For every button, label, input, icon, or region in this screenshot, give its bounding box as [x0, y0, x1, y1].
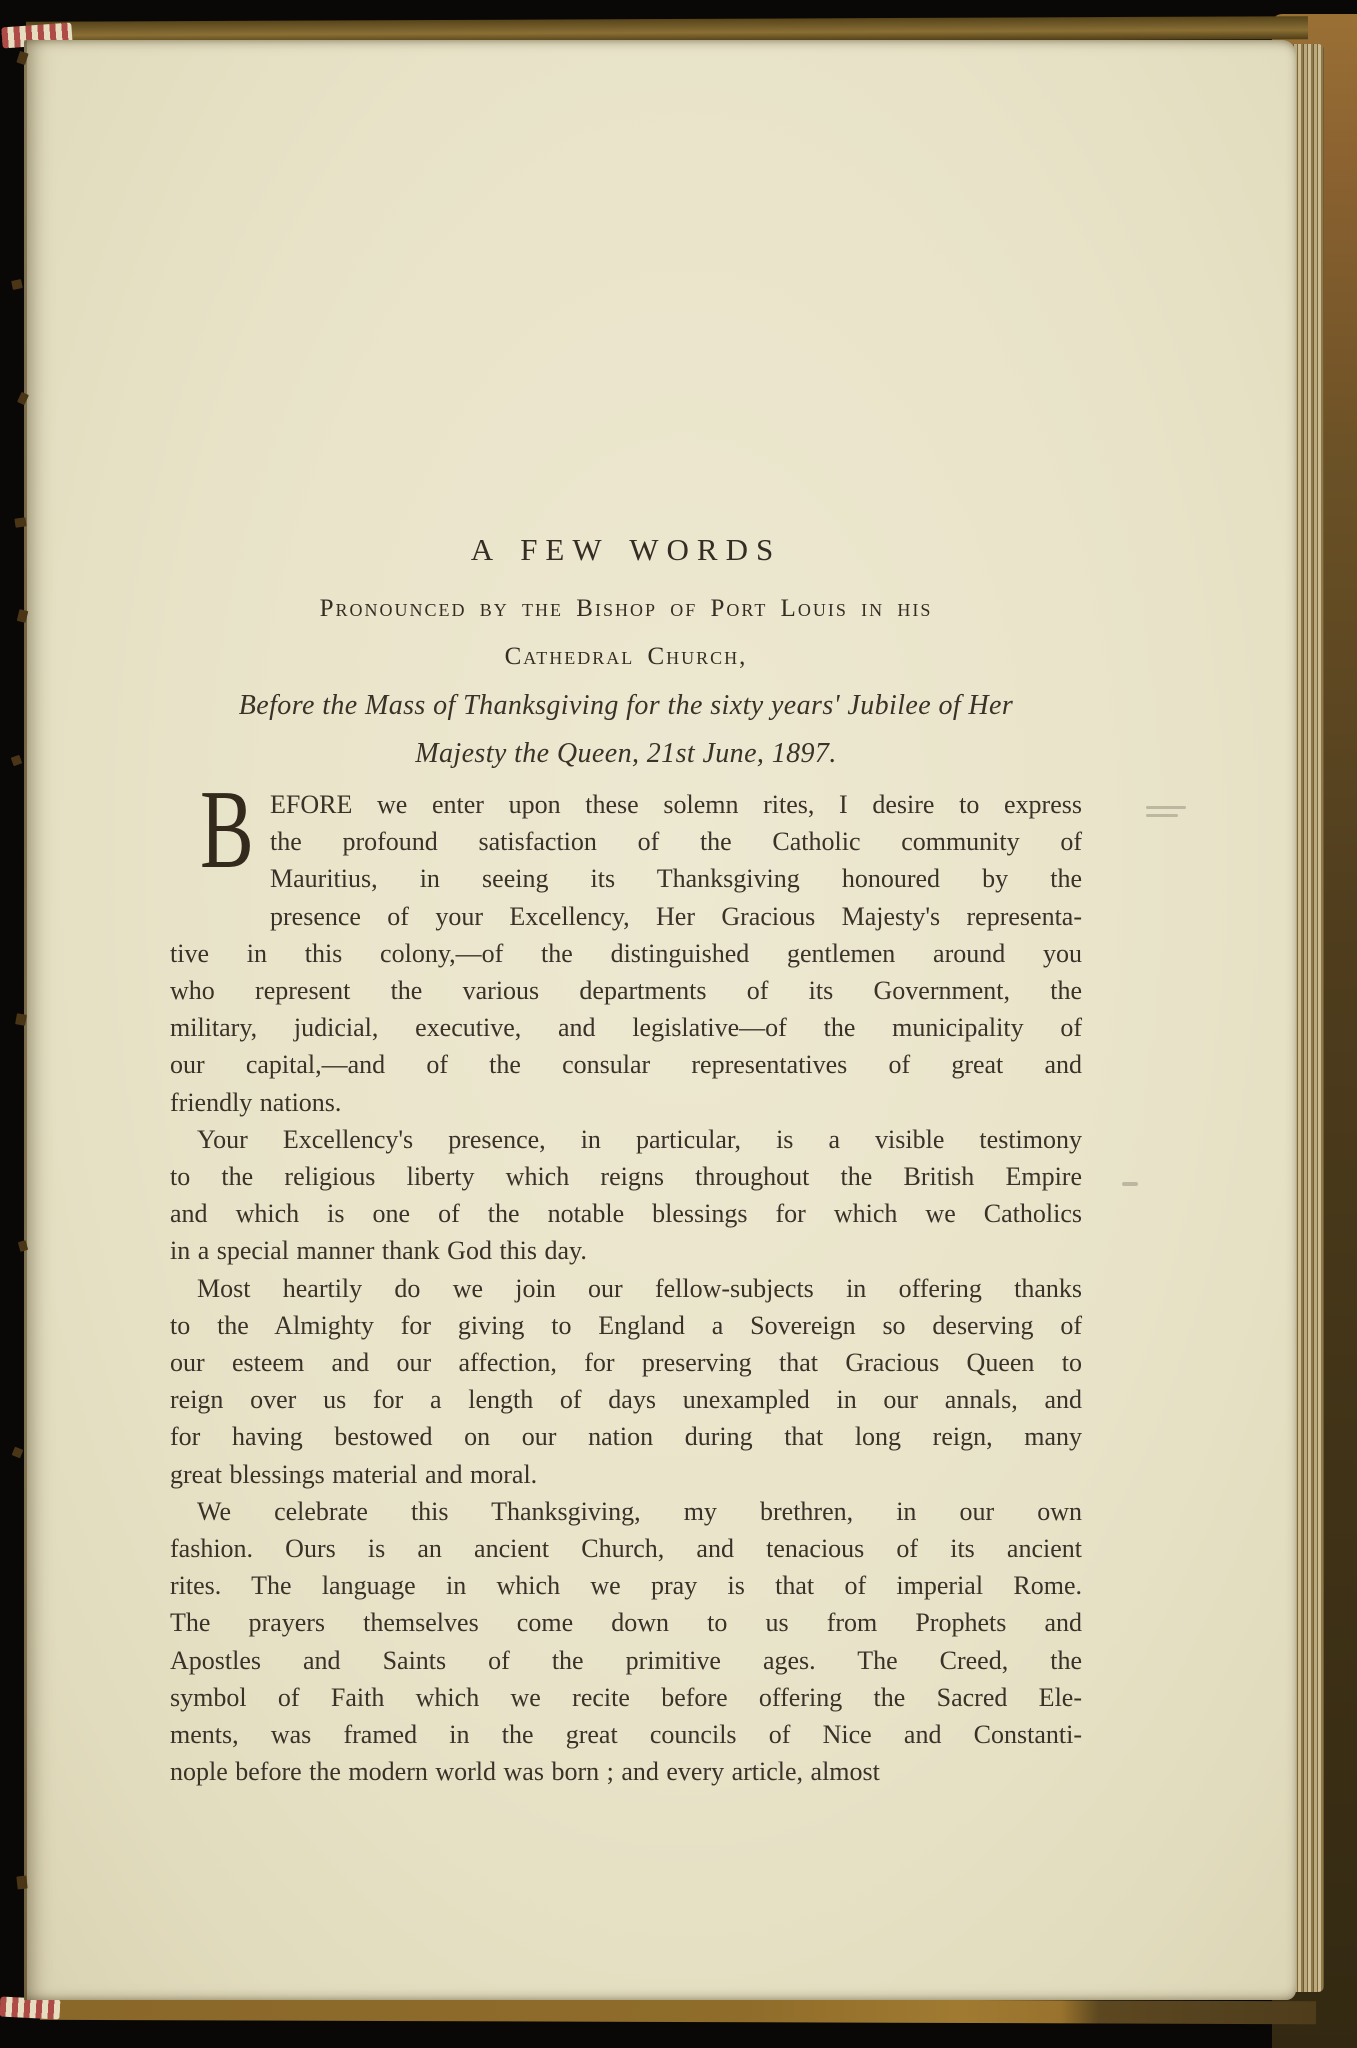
text-line: Apostles and Saints of the primitive age…: [170, 1642, 1082, 1679]
text-line: ments, was framed in the great councils …: [170, 1716, 1082, 1753]
text-line: and which is one of the notable blessing…: [170, 1195, 1082, 1232]
paragraph: Your Excellency's presence, in particula…: [170, 1121, 1082, 1270]
text-line: rites. The language in which we pray is …: [170, 1567, 1082, 1604]
drop-cap: B: [170, 786, 270, 898]
text-line: fashion. Ours is an ancient Church, and …: [170, 1530, 1082, 1567]
subtitle-line-2: Cathedral Church,: [146, 643, 1106, 671]
text-line: tive in this colony,—of the distinguishe…: [170, 935, 1082, 972]
text-line: to the Almighty for giving to England a …: [170, 1307, 1082, 1344]
stitch-mark: [11, 279, 23, 290]
book-edge-bottom: [40, 1997, 1316, 2024]
text-line: military, judicial, executive, and legis…: [170, 1009, 1082, 1046]
text-line: Mauritius, in seeing its Thanksgiving ho…: [170, 860, 1082, 897]
epigraph-line-2: Majesty the Queen, 21st June, 1897.: [146, 738, 1106, 770]
print-offset-mark: [1122, 1182, 1138, 1186]
text-line: nople before the modern world was born ;…: [170, 1753, 1082, 1790]
epigraph-line-1: Before the Mass of Thanksgiving for the …: [146, 690, 1106, 722]
text-line: Your Excellency's presence, in particula…: [170, 1121, 1082, 1158]
stitch-mark: [16, 1876, 27, 1890]
text-line: who represent the various departments of…: [170, 972, 1082, 1009]
text-line: for having bestowed on our nation during…: [170, 1418, 1082, 1455]
text-line: our esteem and our affection, for preser…: [170, 1344, 1082, 1381]
text-line: reign over us for a length of days unexa…: [170, 1381, 1082, 1418]
paragraph: Most heartily do we join our fellow-subj…: [170, 1270, 1082, 1493]
print-offset-mark: [1146, 814, 1178, 817]
drop-cap-letter: B: [200, 786, 250, 876]
page-title: A FEW WORDS: [146, 532, 1106, 568]
paragraph: BEFORE we enter upon these solemn rites,…: [170, 786, 1082, 1121]
paragraph: We celebrate this Thanksgiving, my breth…: [170, 1493, 1082, 1791]
text-line: in a special manner thank God this day.: [170, 1232, 1082, 1269]
print-offset-mark: [1146, 806, 1186, 809]
text-line: to the religious liberty which reigns th…: [170, 1158, 1082, 1195]
text-line: The prayers themselves come down to us f…: [170, 1604, 1082, 1641]
stitch-mark: [15, 1013, 27, 1026]
text-line: symbol of Faith which we recite before o…: [170, 1679, 1082, 1716]
text-line: EFORE we enter upon these solemn rites, …: [170, 786, 1082, 823]
body-text: BEFORE we enter upon these solemn rites,…: [170, 786, 1082, 1790]
text-line: friendly nations.: [170, 1084, 1082, 1121]
text-line: presence of your Excellency, Her Graciou…: [170, 898, 1082, 935]
stitch-mark: [14, 517, 26, 527]
stitch-mark: [12, 1447, 24, 1459]
stitch-mark: [11, 755, 23, 767]
subtitle-line-1: Pronounced by the Bishop of Port Louis i…: [146, 595, 1106, 623]
text-line: the profound satisfaction of the Catholi…: [170, 823, 1082, 860]
text-line: great blessings material and moral.: [170, 1456, 1082, 1493]
text-line: Most heartily do we join our fellow-subj…: [170, 1270, 1082, 1307]
text-line: our capital,—and of the consular represe…: [170, 1046, 1082, 1083]
text-line: We celebrate this Thanksgiving, my breth…: [170, 1493, 1082, 1530]
